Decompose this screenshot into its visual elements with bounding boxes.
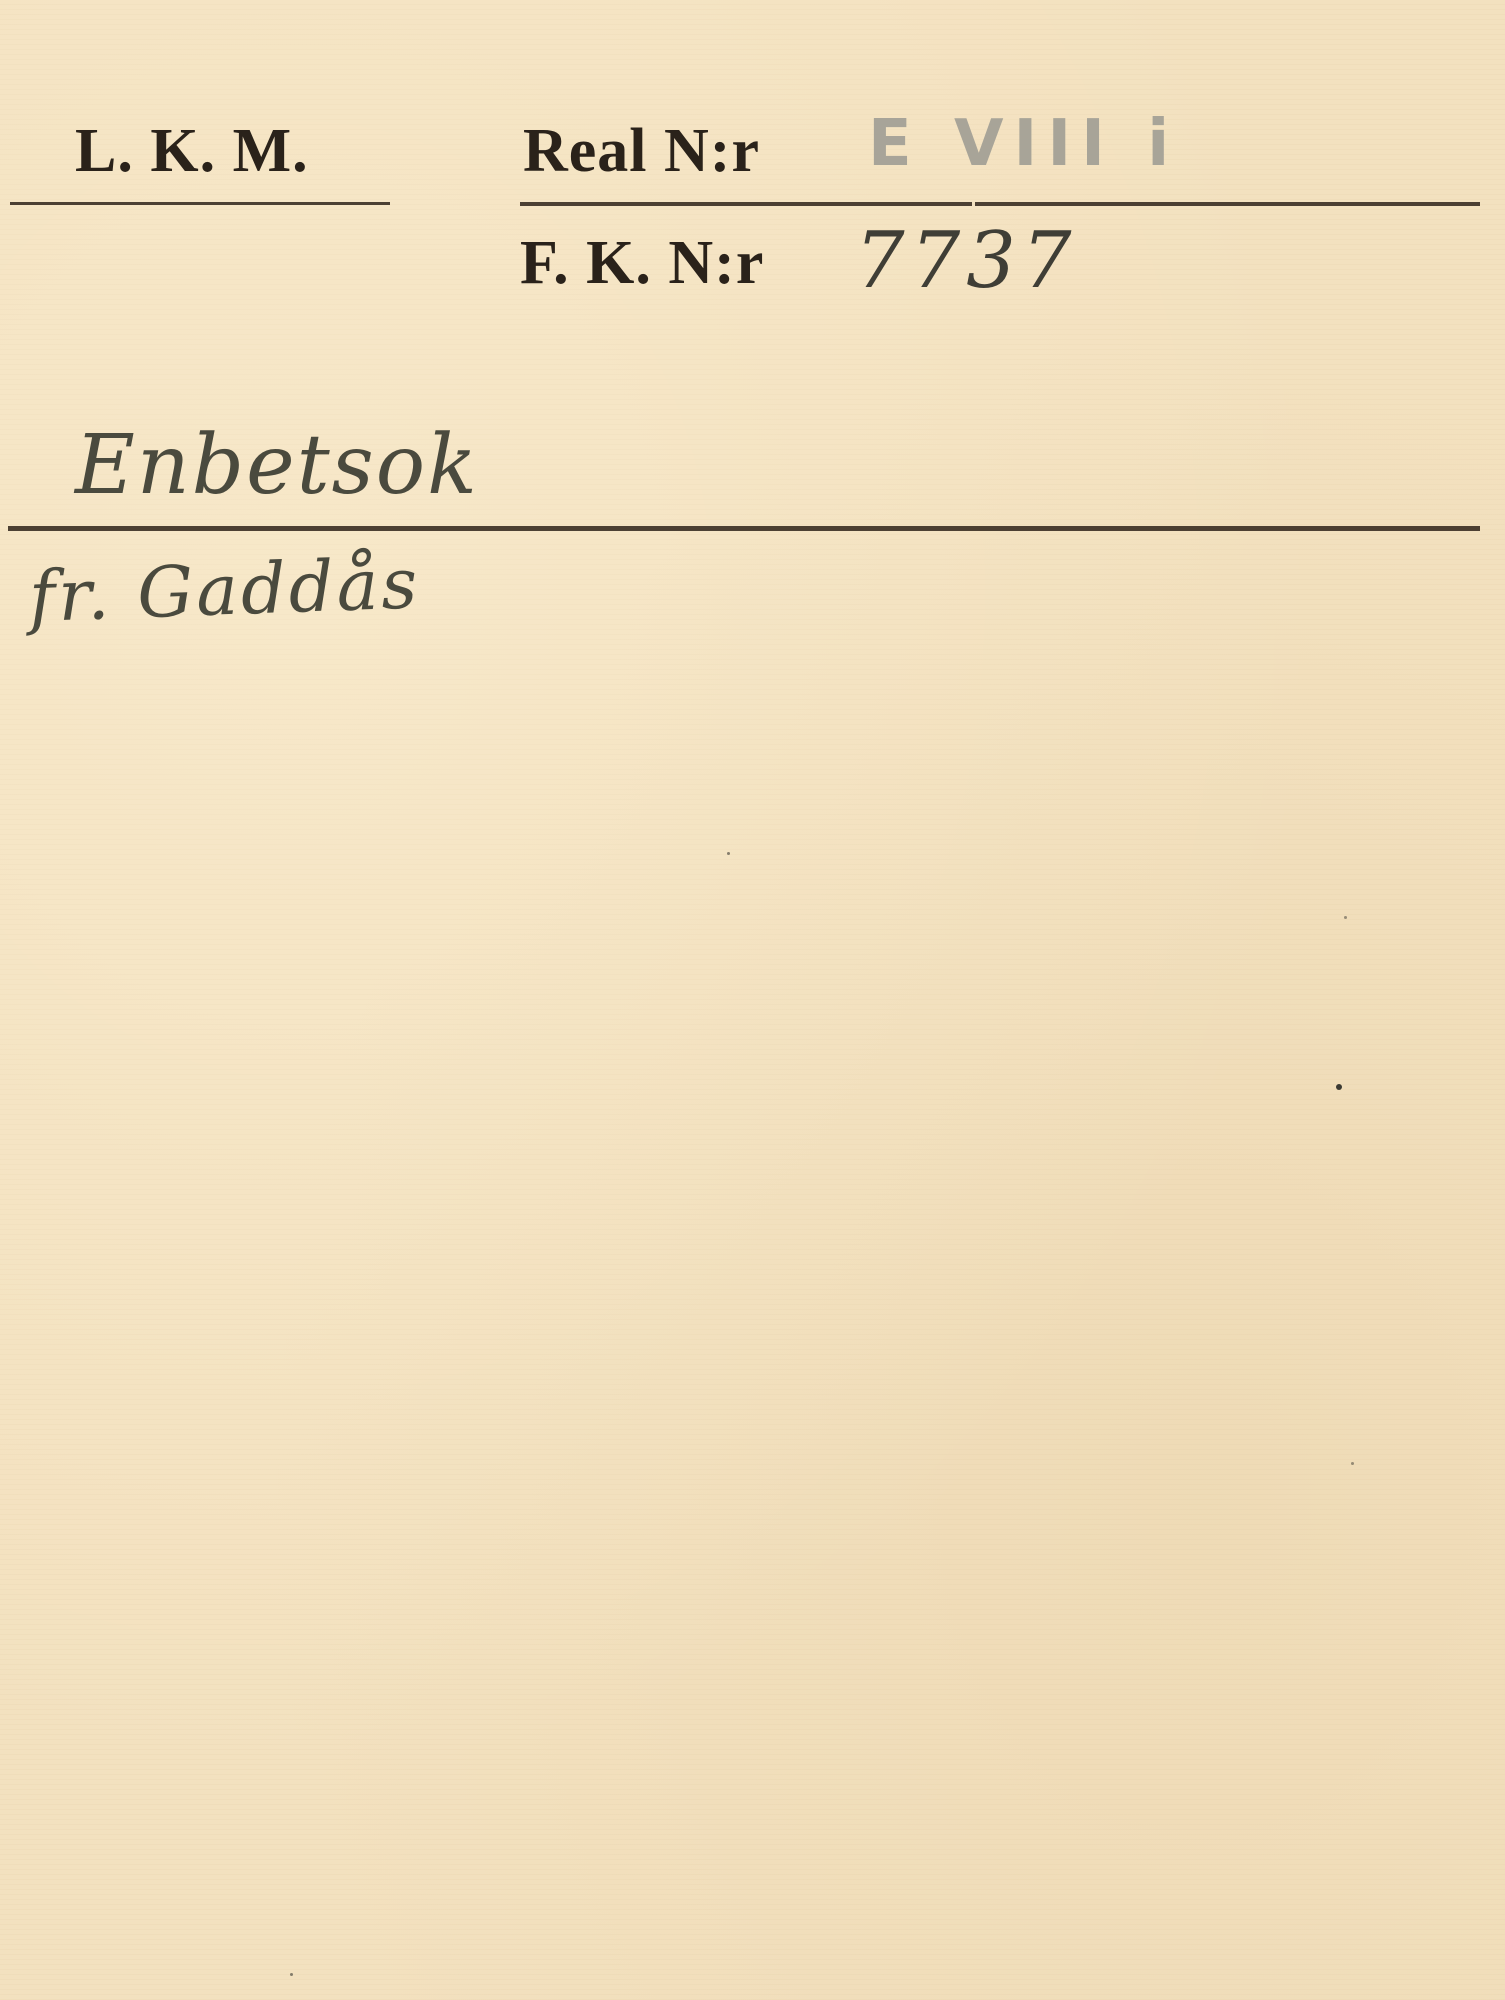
real-nr-label: Real N:r [523, 120, 760, 182]
institution-underline [10, 202, 390, 205]
paper-speck [290, 1973, 293, 1976]
object-title: Enbetsok [75, 425, 479, 507]
real-nr-underline-a [520, 202, 972, 206]
real-nr-value: E VIII i [868, 112, 1179, 176]
institution-label: L. K. M. [75, 120, 309, 182]
catalog-card: L. K. M. Real N:r E VIII i F. K. N:r 773… [0, 0, 1505, 2000]
paper-speck [727, 852, 730, 855]
title-divider [8, 526, 1480, 531]
paper-speck [1344, 916, 1347, 919]
real-nr-underline-b [975, 202, 1480, 206]
fk-nr-value: 7737 [855, 222, 1078, 300]
object-origin: fr. Gaddås [28, 548, 421, 632]
paper-speck [1351, 1462, 1354, 1465]
fk-nr-label: F. K. N:r [520, 232, 764, 294]
paper-speck [1336, 1084, 1342, 1090]
